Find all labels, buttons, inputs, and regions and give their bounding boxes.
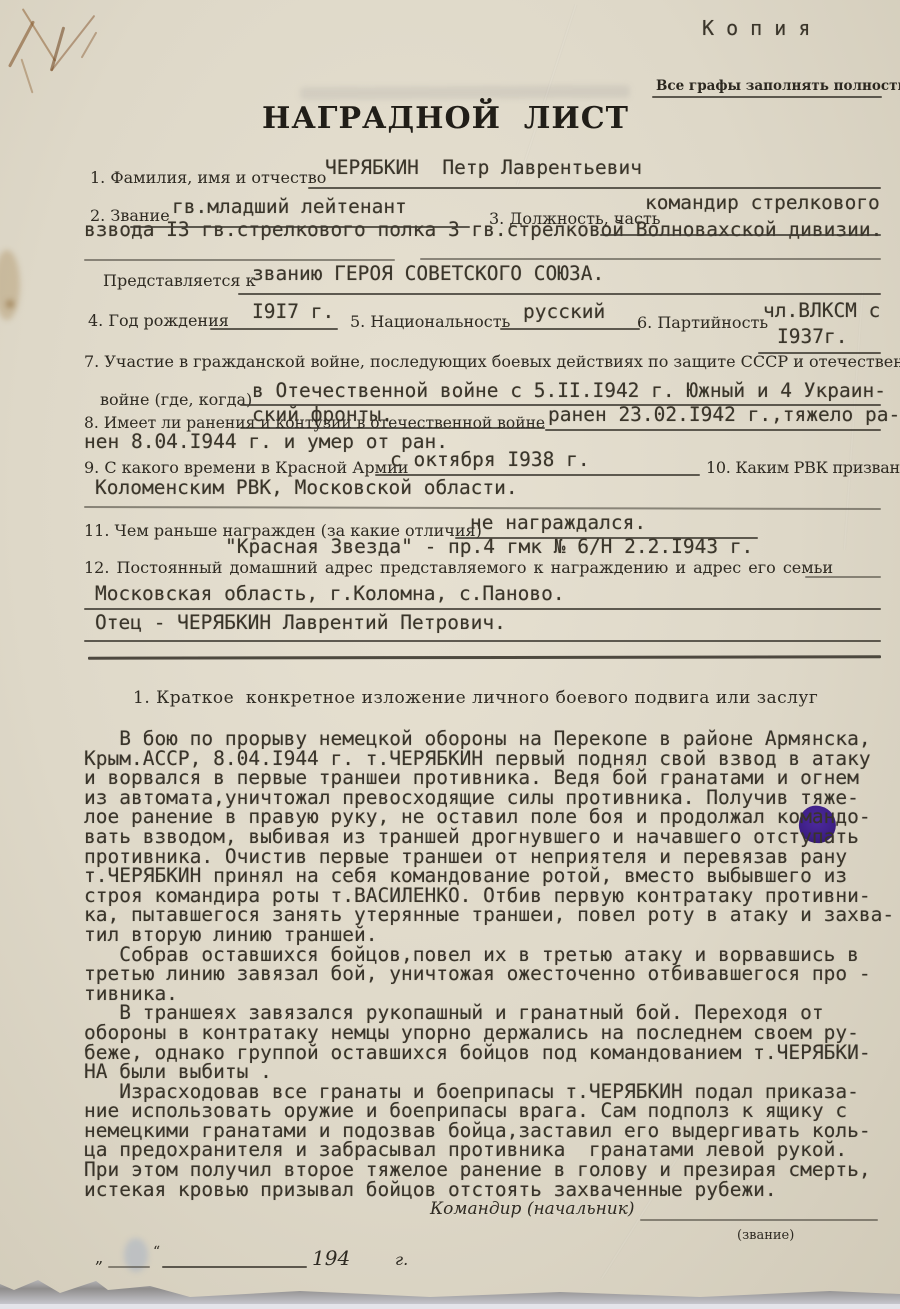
field-5-line [500, 328, 640, 330]
field-7-label-line1: 7. Участие в гражданской войне, последую… [84, 352, 900, 371]
fill-note: Все графы заполнять полностью [656, 78, 900, 94]
presented-line [238, 293, 881, 295]
award-sheet-document: К о п и я Все графы заполнять полностью … [0, 0, 900, 1309]
commander-signature-line [640, 1219, 878, 1221]
field-12-value-line1: Московская область, г.Коломна, с.Паново. [95, 584, 565, 604]
field-4-line [210, 328, 338, 330]
copy-stamp: К о п и я [702, 18, 810, 38]
field-9-label: 9. С какого времени в Красной Армии [84, 458, 408, 477]
blank-line [420, 258, 881, 260]
fill-note-underline [652, 96, 882, 98]
field-12-line2 [84, 640, 881, 642]
stain-scratch [81, 32, 98, 59]
presented-value: званию ГЕРОЯ СОВЕТСКОГО СОЮЗА. [252, 264, 604, 284]
field-5-label: 5. Национальность [350, 312, 510, 331]
field-9-value: с октября I938 г. [390, 450, 590, 470]
field-2-value: гв.младший лейтенант [172, 197, 407, 217]
field-1-value: ЧЕРЯБКИН Петр Лаврентьевич [325, 158, 642, 178]
field-8-value-line1: ранен 23.02.I942 г.,тяжело ра- [548, 405, 900, 425]
field-10-value: Коломенским РВК, Московской области. [95, 478, 518, 498]
stain-scratch [50, 26, 66, 71]
date-year-suffix: г. [395, 1250, 408, 1269]
feat-description-text: В бою по прорыву немецкой обороны на Пер… [84, 729, 894, 1199]
field-6-value-line1: чл.ВЛКСМ с [763, 301, 880, 321]
field-7-label-line2: войне (где, когда) [100, 390, 252, 409]
field-12-value-line2: Отец - ЧЕРЯБКИН Лаврентий Петрович. [95, 613, 506, 633]
field-8-line [545, 429, 881, 431]
field-12-label: 12. Постоянный домашний адрес представля… [84, 558, 833, 577]
field-3-value-line2: взвода I3 гв.стрелкового полка 3 гв.стре… [84, 220, 882, 240]
field-6-label: 6. Партийность [637, 313, 768, 332]
rank-label: (звание) [737, 1228, 794, 1243]
date-day-line [108, 1266, 150, 1268]
presented-label: Представляется к [103, 271, 256, 290]
blank-line [84, 259, 395, 261]
field-6-value-line2: I937г. [777, 327, 847, 347]
feat-heading: 1. Краткое конкретное изложение личного … [133, 688, 818, 708]
field-1-line [308, 187, 881, 189]
field-3-line [600, 234, 881, 236]
bleed-through-smudge [300, 85, 630, 100]
field-5-value: русский [523, 302, 605, 322]
field-2-line [130, 226, 470, 228]
field-12-line1 [84, 608, 881, 610]
commander-label: Командир (начальник) [430, 1199, 635, 1219]
stain-scratch [20, 59, 33, 94]
section-divider [84, 506, 881, 510]
field-3-value-line1: командир стрелкового [645, 193, 880, 213]
section-divider-thick [88, 655, 881, 660]
field-11-extra-value: "Красная Звезда" - пр.4 гмк № 6/Н 2.2.I9… [225, 537, 753, 557]
date-quote-open: „ [95, 1248, 103, 1267]
field-4-value: I9I7 г. [252, 302, 334, 322]
date-month-line [162, 1266, 307, 1268]
field-11-value: не награждался. [470, 513, 646, 533]
document-title: НАГРАДНОЙ ЛИСТ [262, 101, 629, 136]
date-year-prefix: 194 [312, 1246, 350, 1270]
field-1-label: 1. Фамилия, имя и отчество [90, 168, 326, 187]
field-10-label: 10. Каким РВК призван [706, 458, 900, 477]
date-quote-close: “ [153, 1244, 160, 1260]
stain-left-edge [0, 250, 20, 320]
stain-left-edge-dot [6, 300, 14, 308]
field-7-value-line1: в Отечественной войне с 5.II.I942 г. Южн… [252, 381, 886, 401]
field-4-label: 4. Год рождения [88, 311, 229, 330]
field-12-trailing-line [805, 576, 881, 578]
